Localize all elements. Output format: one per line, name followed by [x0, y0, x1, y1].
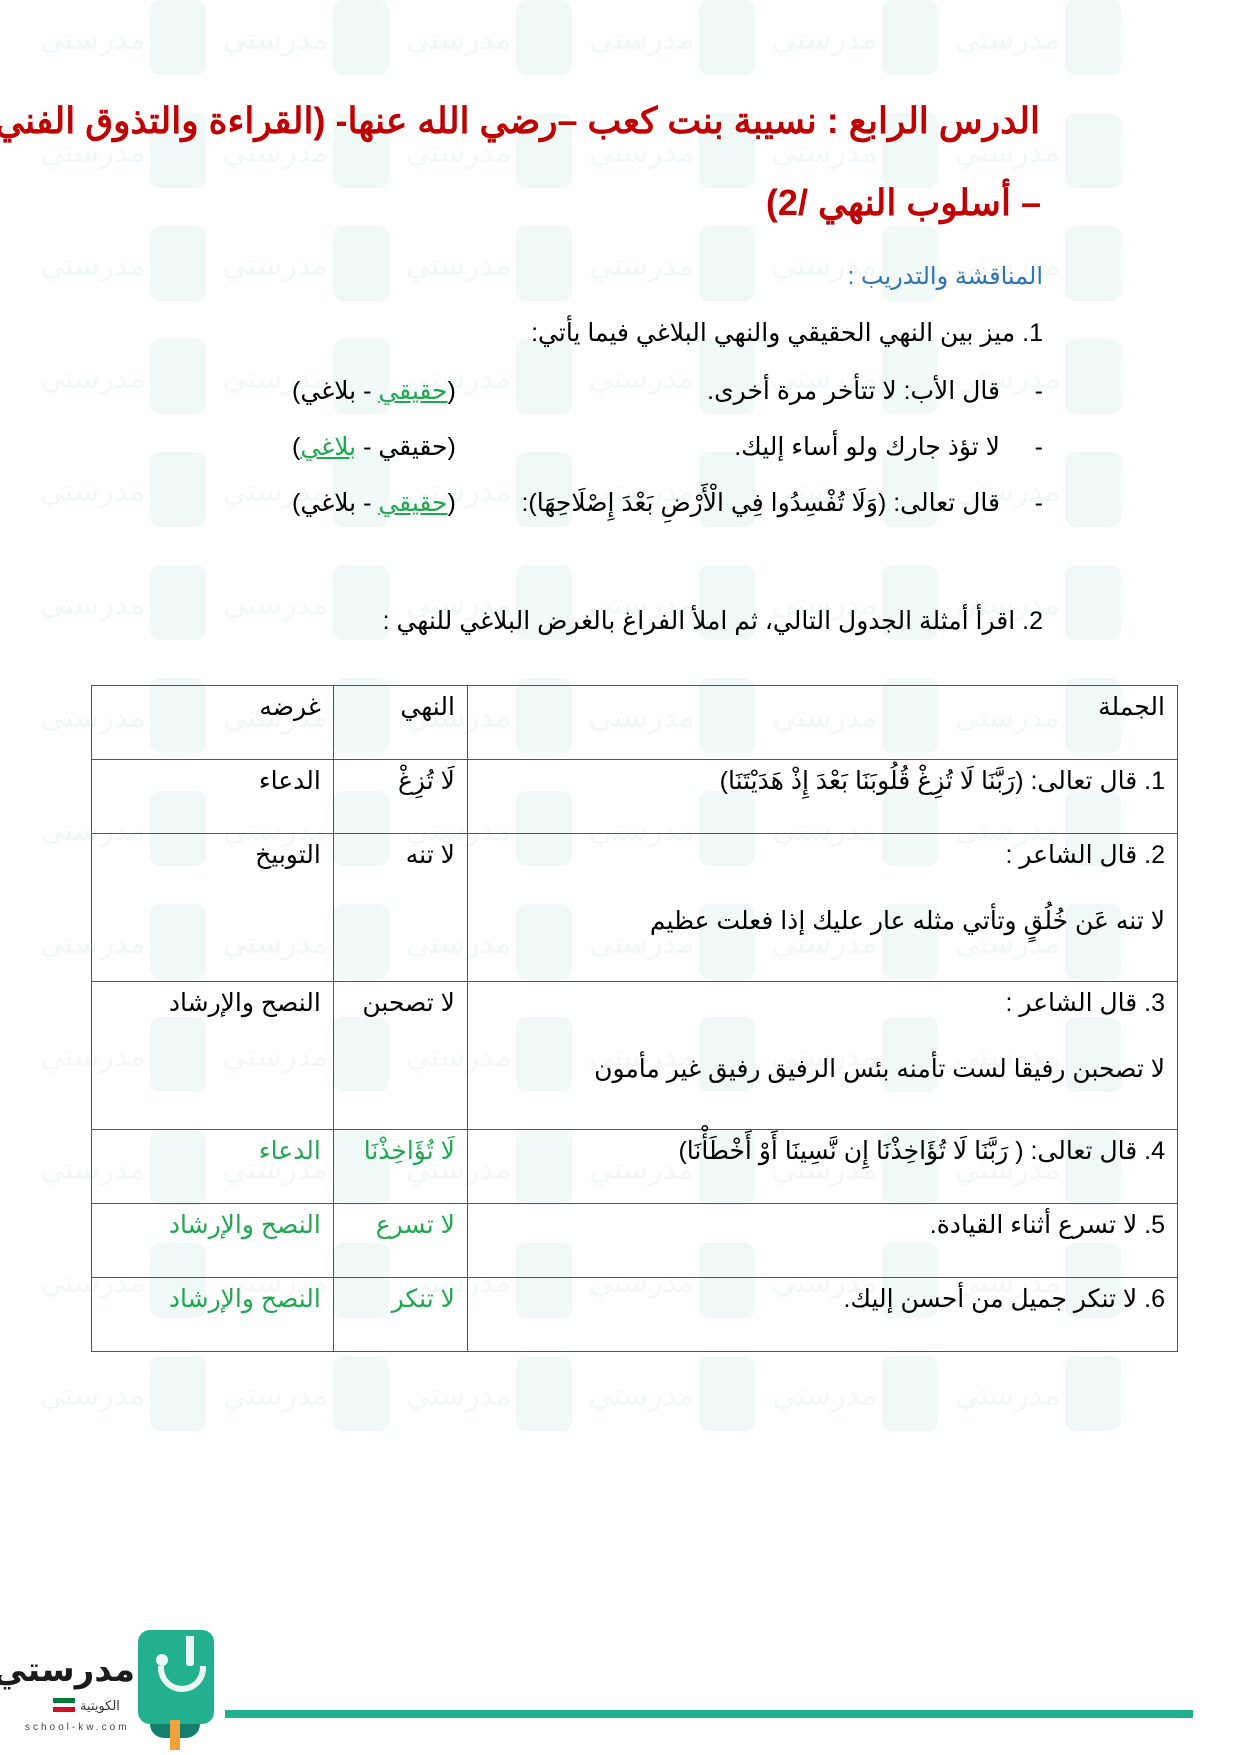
row-nahy-answer[interactable]: لا تسرع	[333, 1204, 467, 1278]
q1-item-2: - لا تؤذ جارك ولو أساء إليك.	[734, 432, 1043, 462]
option-haqiqi[interactable]: حقيقي	[378, 377, 447, 405]
row-purpose-answer[interactable]: النصح والإرشاد	[92, 1204, 334, 1278]
logo-url: school-kw.com	[25, 1722, 130, 1733]
q1-choice-2: (حقيقي - بلاغي)	[292, 432, 456, 462]
row-nahy: لا تصحبن	[333, 982, 467, 1130]
q1-item-text: قال الأب: لا تتأخر مرة أخرى.	[707, 377, 1000, 405]
option-haqiqi[interactable]: حقيقي	[378, 433, 447, 461]
q1-choice-3: (حقيقي - بلاغي)	[292, 488, 456, 518]
sentence-text: 5. لا تسرع أثناء القيادة.	[930, 1211, 1165, 1239]
option-haqiqi[interactable]: حقيقي	[378, 489, 447, 517]
footer-divider	[225, 1710, 1193, 1718]
row-sentence: 6. لا تنكر جميل من أحسن إليك.	[467, 1278, 1177, 1352]
question2-prompt: 2. اقرأ أمثلة الجدول التالي، ثم املأ الف…	[383, 606, 1043, 636]
madrasati-logo: مدرستي الكويتية school-kw.com	[25, 1630, 215, 1755]
poem-verse: لا تنه عَن خُلُقٍ وتأتي مثله عار عليك إذ…	[480, 906, 1165, 936]
section-subtitle: المناقشة والتدريب :	[848, 262, 1043, 291]
bullet-dash: -	[1035, 489, 1043, 517]
header-nahy: النهي	[333, 686, 467, 760]
row-nahy-answer[interactable]: لا تنكر	[333, 1278, 467, 1352]
nahy-table: الجملة النهي غرضه 1. قال تعالى: (رَبَّنَ…	[91, 685, 1178, 1352]
row-purpose[interactable]: النصح والإرشاد	[92, 982, 334, 1130]
kuwait-flag-icon	[53, 1698, 75, 1712]
row-sentence: 3. قال الشاعر : لا تصحبن رفيقا لست تأمنه…	[467, 982, 1177, 1130]
question1-prompt: 1. ميز بين النهي الحقيقي والنهي البلاغي …	[531, 318, 1043, 348]
bullet-dash: -	[1035, 433, 1043, 461]
table-row: 4. قال تعالى: ( رَبَّنَا لَا تُؤَاخِذْنَ…	[92, 1130, 1178, 1204]
option-balaghi[interactable]: بلاغي	[300, 377, 356, 405]
row-sentence: 2. قال الشاعر : لا تنه عَن خُلُقٍ وتأتي …	[467, 834, 1177, 982]
table-row: 6. لا تنكر جميل من أحسن إليك. لا تنكر ال…	[92, 1278, 1178, 1352]
logo-name: مدرستي	[25, 1650, 135, 1690]
row-nahy: لَا تُزِغْ	[333, 760, 467, 834]
logo-smile-icon	[138, 1630, 214, 1724]
separator: -	[356, 433, 378, 461]
lesson-title-line2: – أسلوب النهي /2)	[766, 182, 1041, 224]
row-sentence: 4. قال تعالى: ( رَبَّنَا لَا تُؤَاخِذْنَ…	[467, 1130, 1177, 1204]
bookmark-icon	[170, 1720, 180, 1750]
poem-verse: لا تصحبن رفيقا لست تأمنه بئس الرفيق رفيق…	[480, 1054, 1165, 1084]
row-sentence: 5. لا تسرع أثناء القيادة.	[467, 1204, 1177, 1278]
q1-choice-1: (حقيقي - بلاغي)	[292, 376, 456, 406]
bullet-dash: -	[1035, 377, 1043, 405]
sentence-text: 4. قال تعالى: ( رَبَّنَا لَا تُؤَاخِذْنَ…	[678, 1137, 1165, 1165]
lesson-title-line1: الدرس الرابع : نسيبة بنت كعب –رضي الله ع…	[0, 100, 1040, 142]
table-row: 2. قال الشاعر : لا تنه عَن خُلُقٍ وتأتي …	[92, 834, 1178, 982]
q1-item-3: - قال تعالى: (وَلَا تُفْسِدُوا فِي الْأَ…	[521, 488, 1043, 518]
table-header-row: الجملة النهي غرضه	[92, 686, 1178, 760]
option-balaghi[interactable]: بلاغي	[300, 489, 356, 517]
header-sentence: الجملة	[467, 686, 1177, 760]
q1-item-text: لا تؤذ جارك ولو أساء إليك.	[734, 433, 1000, 461]
row-purpose-answer[interactable]: الدعاء	[92, 1130, 334, 1204]
row-nahy: لا تنه	[333, 834, 467, 982]
row-sentence: 1. قال تعالى: (رَبَّنَا لَا تُزِغْ قُلُو…	[467, 760, 1177, 834]
sentence-text: 6. لا تنكر جميل من أحسن إليك.	[843, 1285, 1165, 1313]
header-purpose: غرضه	[92, 686, 334, 760]
logo-subtitle: الكويتية	[80, 1698, 120, 1714]
q1-item-text: قال تعالى: (وَلَا تُفْسِدُوا فِي الْأَرْ…	[521, 489, 999, 517]
option-balaghi[interactable]: بلاغي	[300, 433, 356, 461]
row-purpose[interactable]: الدعاء	[92, 760, 334, 834]
table-row: 5. لا تسرع أثناء القيادة. لا تسرع النصح …	[92, 1204, 1178, 1278]
q1-item-1: - قال الأب: لا تتأخر مرة أخرى.	[707, 376, 1043, 406]
separator: -	[356, 489, 378, 517]
table-row: 1. قال تعالى: (رَبَّنَا لَا تُزِغْ قُلُو…	[92, 760, 1178, 834]
row-purpose[interactable]: التوبيخ	[92, 834, 334, 982]
table-row: 3. قال الشاعر : لا تصحبن رفيقا لست تأمنه…	[92, 982, 1178, 1130]
row-nahy-answer[interactable]: لَا تُؤَاخِذْنَا	[333, 1130, 467, 1204]
sentence-text: 1. قال تعالى: (رَبَّنَا لَا تُزِغْ قُلُو…	[720, 767, 1165, 795]
separator: -	[356, 377, 378, 405]
sentence-text: 3. قال الشاعر :	[1005, 989, 1165, 1017]
sentence-text: 2. قال الشاعر :	[1005, 841, 1165, 869]
row-purpose-answer[interactable]: النصح والإرشاد	[92, 1278, 334, 1352]
